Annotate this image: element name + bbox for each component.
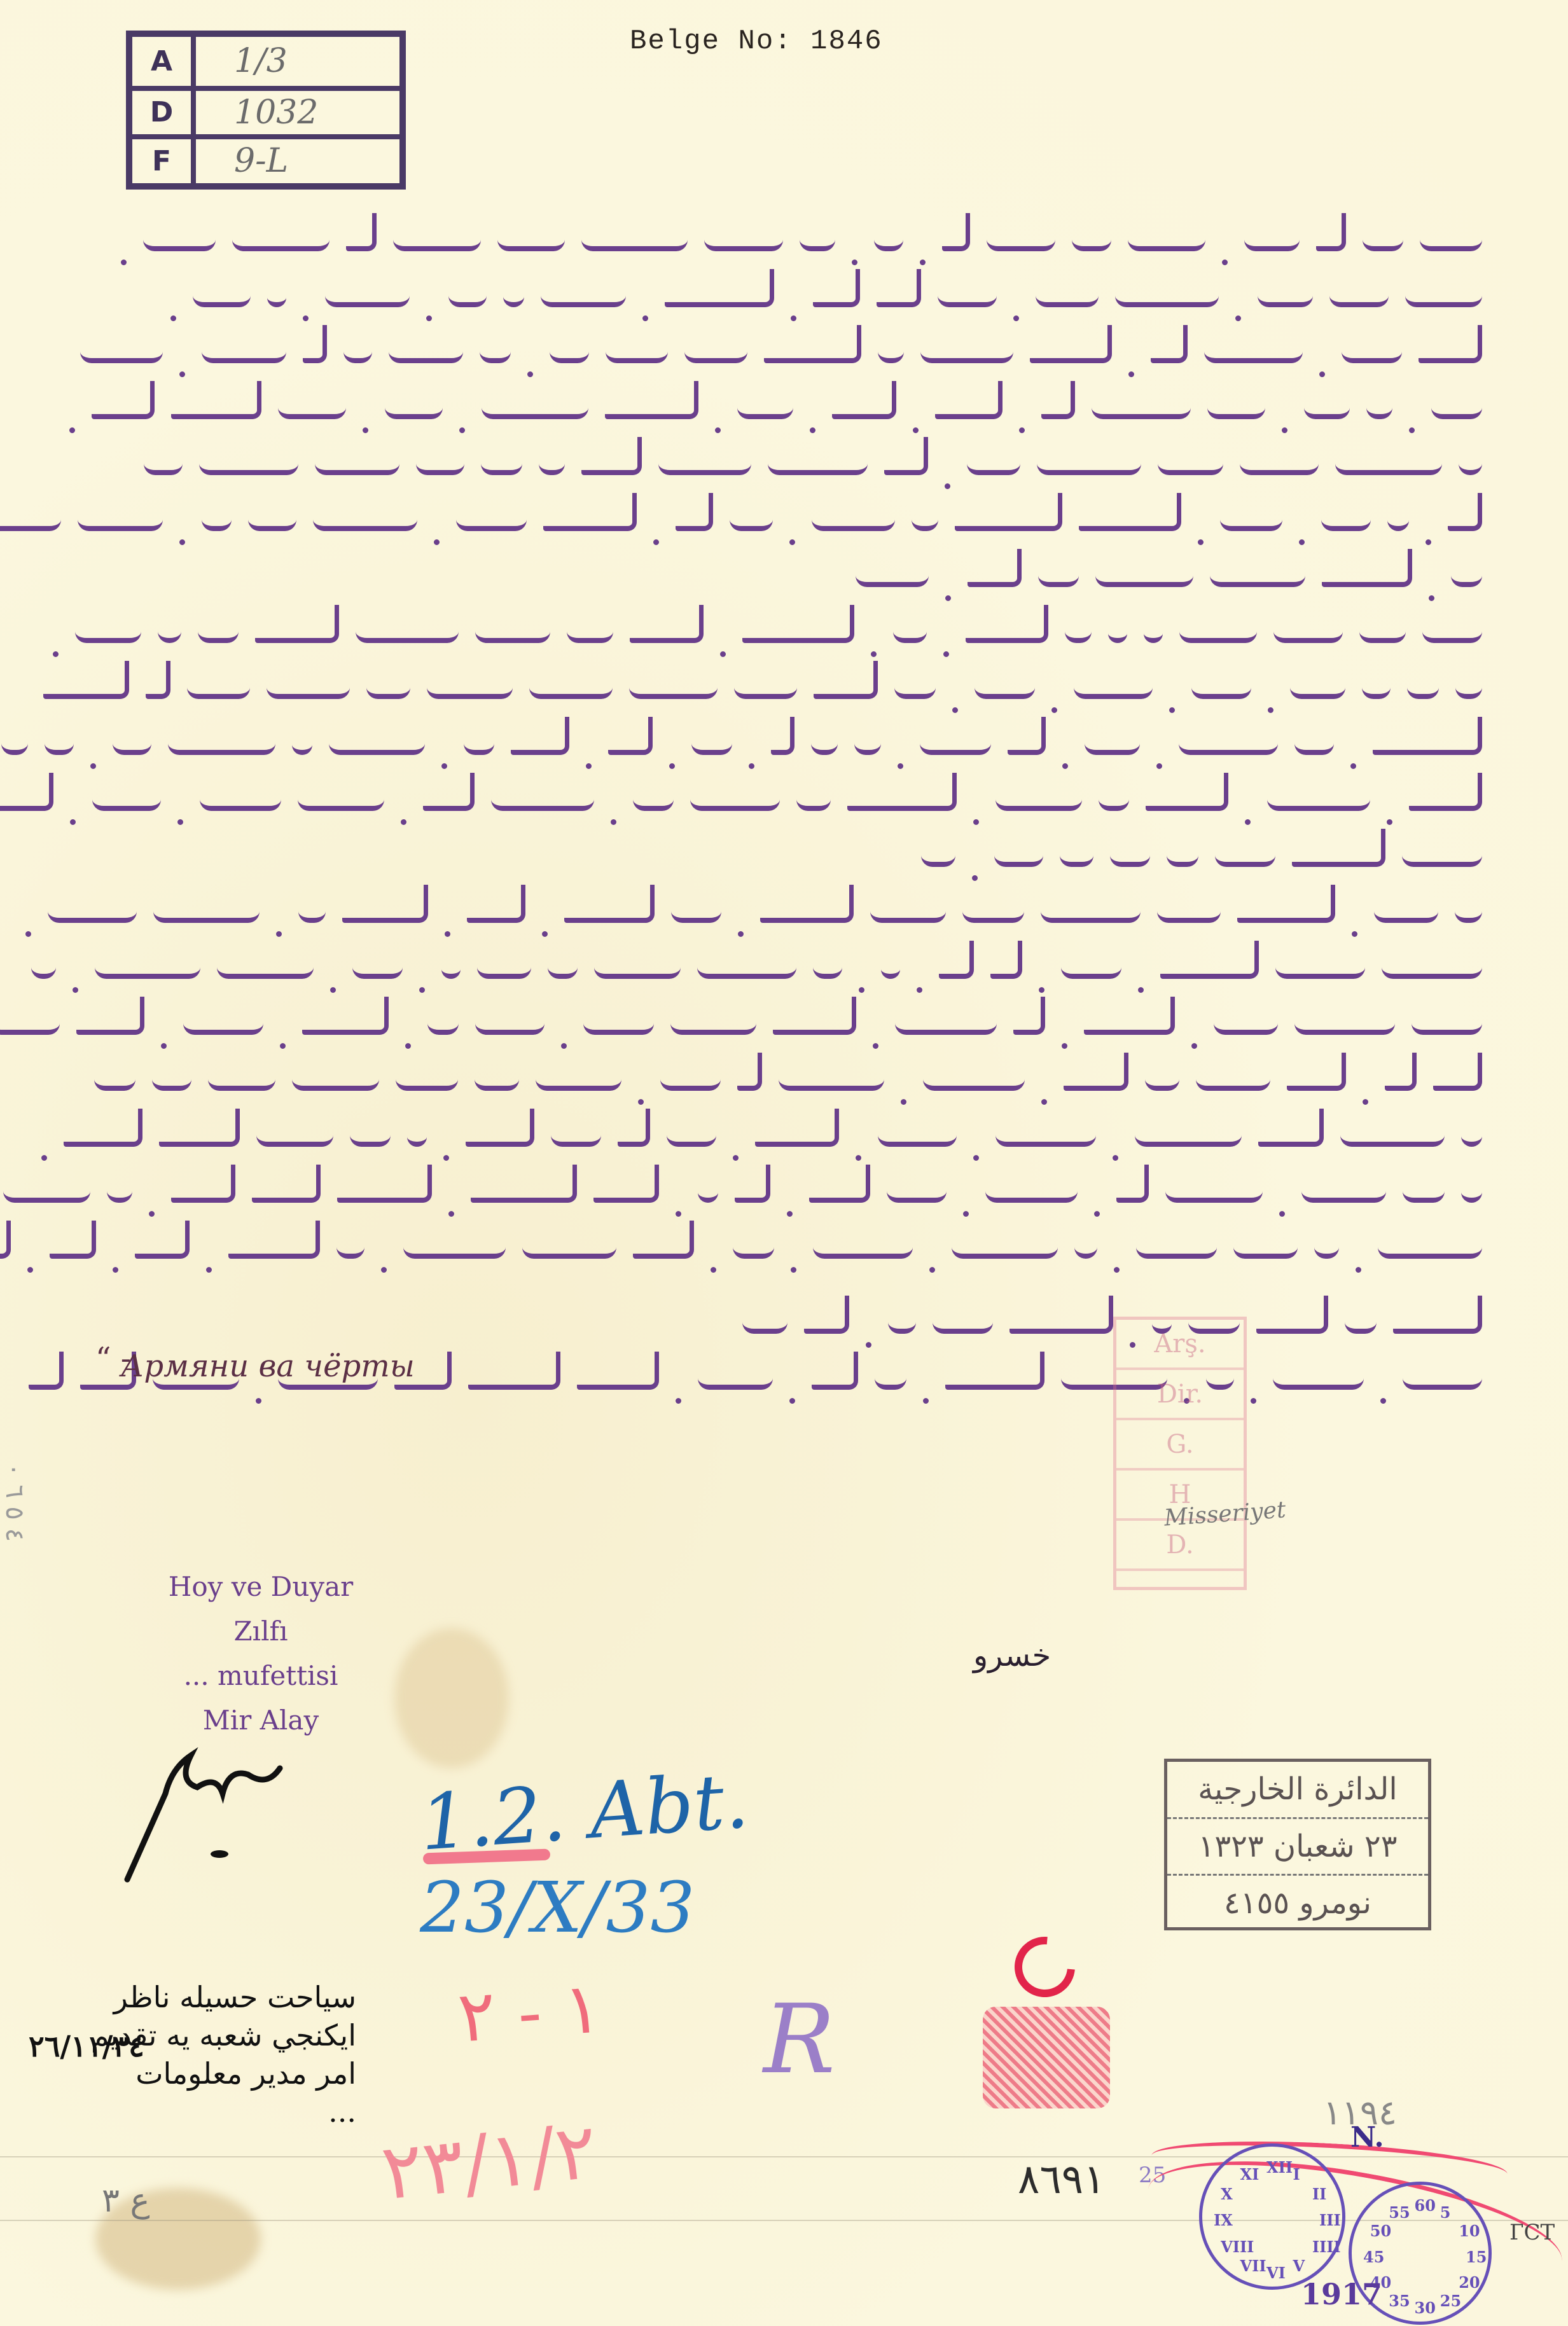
script-dot — [1409, 427, 1415, 433]
script-glyph — [0, 1008, 60, 1035]
script-glyph — [1092, 392, 1191, 419]
script-glyph — [298, 784, 384, 811]
script-dot — [929, 1267, 935, 1273]
red-calligraphic-seal — [983, 2007, 1110, 2108]
script-glyph — [356, 616, 459, 643]
script-glyph — [352, 952, 403, 979]
script-dot — [1251, 1398, 1256, 1404]
script-glyph — [1314, 1232, 1339, 1259]
script-dot — [720, 651, 726, 657]
script-dot — [1319, 371, 1325, 377]
script-glyph — [698, 1363, 773, 1390]
script-glyph — [1160, 941, 1259, 979]
script-dot — [1039, 987, 1044, 993]
handwritten-line — [134, 437, 1482, 475]
script-dot — [738, 931, 744, 937]
script-glyph — [389, 336, 463, 363]
script-dot — [810, 427, 815, 433]
script-glyph — [735, 1165, 770, 1203]
clock-label: IX — [1214, 2211, 1233, 2229]
clock-label: 35 — [1389, 2292, 1410, 2310]
script-glyph — [159, 1109, 240, 1147]
script-glyph — [1256, 1296, 1328, 1334]
handwritten-line — [922, 549, 1482, 587]
handwritten-line — [134, 605, 1482, 643]
script-dot — [1363, 1099, 1368, 1105]
registry-date: ٢٣ شعبان ١٣٢٣ — [1167, 1819, 1428, 1876]
script-glyph — [660, 1064, 721, 1091]
script-dot — [542, 931, 548, 937]
red-pencil-date: ٢٣/١/٢ — [378, 2107, 601, 2218]
script-glyph — [581, 225, 688, 251]
script-glyph — [608, 717, 653, 755]
script-glyph — [135, 1221, 190, 1259]
archive-key: D — [132, 91, 196, 135]
script-glyph — [346, 213, 377, 251]
script-glyph — [1359, 616, 1406, 643]
script-glyph — [665, 269, 774, 307]
script-glyph — [152, 1064, 191, 1091]
archive-row-f: F 9-L — [132, 134, 399, 183]
script-glyph — [1362, 672, 1391, 699]
script-dot — [1169, 707, 1175, 713]
script-glyph — [633, 1221, 694, 1259]
script-glyph — [996, 784, 1082, 811]
ottoman-registry-stamp: الدائرة الخارجية ٢٣ شعبان ١٣٢٣ نومرو ٤١٥… — [1164, 1759, 1431, 1930]
script-dot — [791, 315, 796, 321]
script-dot — [445, 931, 450, 937]
handwritten-line — [134, 493, 1482, 531]
script-dot — [1051, 707, 1057, 713]
script-glyph — [1146, 773, 1228, 811]
blue-pencil-department: 1.2. Abt. — [417, 1757, 751, 1868]
script-glyph — [1215, 840, 1275, 867]
script-glyph — [1191, 672, 1251, 699]
script-glyph — [1214, 1008, 1278, 1035]
script-dot — [363, 427, 368, 433]
document-page: A 1/3 D 1032 F 9-L Belge No: 1846 “ - Ар… — [0, 0, 1568, 2326]
handwritten-line — [261, 269, 1482, 307]
script-glyph — [771, 717, 794, 755]
script-glyph — [1322, 549, 1412, 587]
script-glyph — [1244, 225, 1300, 251]
script-glyph — [875, 1363, 906, 1390]
script-glyph — [985, 1176, 1078, 1203]
script-glyph — [1167, 840, 1198, 867]
script-glyph — [887, 1176, 947, 1203]
script-glyph — [593, 1165, 659, 1203]
clock-label: 20 — [1459, 2273, 1480, 2292]
script-glyph — [1204, 336, 1303, 363]
script-glyph — [475, 1008, 545, 1035]
n-mark: N. — [1350, 2121, 1384, 2154]
script-glyph — [1378, 1232, 1482, 1259]
script-dot — [1429, 595, 1434, 601]
script-glyph — [468, 1352, 560, 1390]
script-glyph — [325, 280, 410, 307]
script-glyph — [1431, 392, 1482, 419]
script-dot — [170, 315, 176, 321]
script-dot — [789, 1398, 795, 1404]
script-glyph — [0, 773, 53, 811]
script-glyph — [1407, 672, 1439, 699]
script-dot — [303, 315, 309, 321]
script-dot — [852, 260, 857, 265]
script-glyph — [1110, 840, 1150, 867]
clock-label: 5 — [1440, 2203, 1451, 2222]
script-glyph — [1108, 616, 1127, 643]
script-glyph — [1321, 504, 1371, 531]
script-glyph — [952, 1232, 1058, 1259]
script-glyph — [329, 728, 425, 755]
script-dot — [856, 1155, 861, 1161]
script-glyph — [874, 225, 903, 251]
handwritten-line — [134, 885, 1482, 923]
script-glyph — [742, 1307, 787, 1334]
script-glyph — [1340, 1120, 1445, 1147]
script-glyph — [267, 280, 286, 307]
script-dot — [1282, 427, 1287, 433]
script-glyph — [730, 504, 773, 531]
script-glyph — [1335, 448, 1442, 475]
script-dot — [787, 1211, 793, 1217]
handwritten-line — [134, 1053, 1482, 1091]
script-glyph — [539, 448, 565, 475]
clock-label: 60 — [1415, 2196, 1436, 2215]
script-glyph — [403, 1232, 506, 1259]
script-glyph — [1304, 392, 1350, 419]
script-glyph — [336, 1232, 364, 1259]
script-glyph — [1179, 728, 1278, 755]
script-glyph — [895, 1008, 997, 1035]
script-glyph — [893, 616, 927, 643]
clock-label: 25 — [1440, 2292, 1461, 2310]
script-glyph — [629, 672, 718, 699]
script-glyph — [522, 1232, 616, 1259]
script-glyph — [199, 448, 298, 475]
cyrillic-annotation: Армяни ва чёрты — [121, 1348, 415, 1384]
script-dot — [973, 819, 979, 825]
clock-label: XI — [1240, 2165, 1259, 2184]
script-dot — [1113, 1155, 1118, 1161]
script-dot — [1062, 763, 1068, 769]
script-glyph — [813, 269, 860, 307]
script-dot — [873, 1043, 878, 1049]
script-glyph — [202, 504, 232, 531]
script-dot — [276, 931, 282, 937]
script-glyph — [1064, 1053, 1128, 1091]
script-dot — [1062, 1043, 1067, 1049]
script-glyph — [1267, 784, 1370, 811]
script-dot — [69, 427, 75, 433]
script-dot — [1156, 763, 1162, 769]
script-glyph — [968, 549, 1022, 587]
script-glyph — [1316, 213, 1346, 251]
script-glyph — [1419, 325, 1482, 363]
script-dot — [943, 651, 949, 657]
script-glyph — [1273, 1363, 1364, 1390]
script-glyph — [670, 1008, 756, 1035]
script-glyph — [475, 616, 550, 643]
script-glyph — [313, 504, 417, 531]
script-glyph — [1099, 784, 1129, 811]
script-glyph — [1403, 1176, 1445, 1203]
archive-value: 1032 — [209, 91, 399, 135]
script-glyph — [955, 493, 1062, 531]
script-glyph — [676, 493, 713, 531]
script-glyph — [146, 661, 170, 699]
script-glyph — [967, 448, 1020, 475]
left-note-date: ٢٦/١١/٣٤ — [29, 2029, 144, 2063]
script-glyph — [1461, 1120, 1482, 1147]
script-dot — [1138, 987, 1144, 993]
script-glyph — [407, 1120, 427, 1147]
script-glyph — [350, 1120, 391, 1147]
script-glyph — [427, 1008, 459, 1035]
script-glyph — [248, 504, 296, 531]
script-glyph — [945, 1352, 1044, 1390]
handwritten-line — [897, 829, 1482, 867]
script-glyph — [1345, 1307, 1377, 1334]
script-dot — [330, 987, 336, 993]
script-dot — [53, 651, 59, 657]
script-glyph — [1342, 336, 1402, 363]
script-glyph — [168, 728, 275, 755]
script-dot — [206, 1267, 212, 1273]
script-glyph — [1258, 1109, 1324, 1147]
script-glyph — [987, 225, 1055, 251]
script-dot — [73, 987, 78, 993]
script-glyph — [1412, 1008, 1482, 1035]
script-glyph — [456, 504, 527, 531]
script-glyph — [1273, 616, 1343, 643]
script-glyph — [1403, 1363, 1482, 1390]
script-dot — [113, 1267, 118, 1273]
note-line: ... — [25, 2093, 356, 2131]
script-glyph — [1329, 280, 1389, 307]
red-pencil-number: ١ - ٢ — [455, 1967, 604, 2058]
script-glyph — [697, 952, 796, 979]
purple-initial: R — [763, 1984, 835, 2095]
script-glyph — [423, 773, 475, 811]
script-glyph — [966, 605, 1048, 643]
script-glyph — [990, 941, 1022, 979]
script-dot — [676, 1398, 681, 1404]
script-glyph — [1233, 1232, 1298, 1259]
script-glyph — [0, 1221, 11, 1259]
script-glyph — [920, 336, 1013, 363]
script-glyph — [208, 1064, 275, 1091]
script-glyph — [1301, 1176, 1386, 1203]
script-glyph — [45, 728, 74, 755]
script-glyph — [1420, 225, 1482, 251]
script-glyph — [1151, 325, 1188, 363]
script-glyph — [171, 381, 261, 419]
script-glyph — [1030, 325, 1112, 363]
crescent-icon — [1003, 1925, 1088, 2010]
script-dot — [419, 987, 425, 993]
script-glyph — [1041, 896, 1141, 923]
script-glyph — [690, 784, 780, 811]
script-glyph — [1294, 1008, 1395, 1035]
script-glyph — [183, 1008, 263, 1035]
clock-label: 45 — [1363, 2248, 1384, 2266]
script-glyph — [1158, 448, 1223, 475]
script-glyph — [975, 672, 1035, 699]
script-glyph — [1433, 1053, 1482, 1091]
script-glyph — [811, 728, 838, 755]
script-dot — [676, 1211, 681, 1217]
script-dot — [1356, 1267, 1361, 1273]
script-dot — [161, 1043, 167, 1049]
script-glyph — [996, 1120, 1096, 1147]
script-glyph — [1013, 997, 1045, 1035]
script-glyph — [303, 325, 327, 363]
script-glyph — [912, 504, 938, 531]
clock-label: I — [1293, 2165, 1300, 2184]
script-dot — [527, 371, 533, 377]
script-glyph — [1294, 728, 1334, 755]
script-glyph — [1422, 616, 1482, 643]
script-glyph — [448, 280, 487, 307]
script-glyph — [1455, 896, 1482, 923]
script-glyph — [1287, 1053, 1346, 1091]
script-glyph — [1385, 1053, 1417, 1091]
script-glyph — [881, 952, 900, 979]
script-glyph — [1036, 280, 1099, 307]
clock-label: IIII — [1312, 2238, 1341, 2256]
script-glyph — [1409, 773, 1482, 811]
script-glyph — [1072, 225, 1111, 251]
clock-label: 55 — [1389, 2203, 1410, 2222]
script-glyph — [511, 717, 569, 755]
script-dot — [749, 763, 754, 769]
script-dot — [945, 595, 951, 601]
archive-key: A — [132, 37, 196, 86]
script-glyph — [1115, 280, 1219, 307]
script-glyph — [107, 1176, 132, 1203]
script-glyph — [466, 1109, 534, 1147]
registry-number: نومرو ٤١٥٥ — [1167, 1876, 1428, 1931]
script-dot — [1352, 931, 1357, 937]
script-dot — [149, 1211, 155, 1217]
script-glyph — [200, 784, 281, 811]
script-glyph — [252, 1165, 321, 1203]
script-dot — [1191, 1043, 1197, 1049]
script-dot — [434, 539, 440, 545]
script-dot — [973, 1155, 979, 1161]
clock-label: V — [1293, 2257, 1305, 2275]
script-glyph — [813, 1232, 913, 1259]
script-dot — [405, 1043, 411, 1049]
script-glyph — [217, 952, 314, 979]
script-glyph — [773, 997, 856, 1035]
clock-label: VIII — [1221, 2238, 1254, 2256]
script-glyph — [878, 1120, 957, 1147]
clock-label: III — [1319, 2211, 1341, 2229]
script-glyph — [755, 1109, 839, 1147]
script-glyph — [1461, 1176, 1482, 1203]
script-glyph — [396, 1064, 458, 1091]
script-dot — [1299, 539, 1305, 545]
script-dot — [70, 819, 76, 825]
script-dot — [1380, 1398, 1386, 1404]
script-dot — [963, 1211, 969, 1217]
script-glyph — [1196, 1064, 1270, 1091]
script-glyph — [1041, 381, 1075, 419]
script-glyph — [737, 392, 793, 419]
script-glyph — [814, 661, 878, 699]
script-glyph — [187, 672, 250, 699]
script-dot — [859, 987, 864, 993]
script-glyph — [48, 896, 137, 923]
script-dot — [898, 763, 903, 769]
handwritten-line — [134, 213, 1482, 251]
script-glyph — [302, 997, 389, 1035]
script-glyph — [1038, 560, 1079, 587]
script-dot — [41, 1155, 47, 1161]
script-glyph — [1179, 616, 1257, 643]
script-dot — [642, 315, 648, 321]
script-glyph — [416, 448, 464, 475]
script-glyph — [606, 336, 668, 363]
signatory-block: Hoy ve Duyar Zılfı ... mufettisi Mir Ala… — [146, 1565, 375, 1743]
script-glyph — [684, 336, 747, 363]
script-glyph — [43, 661, 129, 699]
script-glyph — [475, 1064, 519, 1091]
script-glyph — [779, 1064, 884, 1091]
script-glyph — [1009, 1296, 1113, 1334]
script-dot — [25, 931, 31, 937]
script-glyph — [633, 784, 674, 811]
script-dot — [923, 1398, 929, 1404]
ink-signature — [121, 1717, 286, 1883]
script-glyph — [337, 1165, 432, 1203]
script-glyph — [543, 493, 637, 531]
script-glyph — [94, 1064, 135, 1091]
script-dot — [256, 1398, 261, 1404]
script-glyph — [812, 1352, 858, 1390]
script-glyph — [529, 672, 613, 699]
script-glyph — [1220, 504, 1282, 531]
script-glyph — [464, 728, 494, 755]
script-dot — [1128, 371, 1134, 377]
script-glyph — [933, 1307, 993, 1334]
script-glyph — [482, 392, 588, 419]
script-glyph — [921, 840, 955, 867]
script-glyph — [393, 225, 481, 251]
clock-label: II — [1312, 2185, 1326, 2203]
script-dot — [177, 819, 183, 825]
script-glyph — [50, 1221, 96, 1259]
blue-pencil-date: 23/X/33 — [420, 1867, 695, 1948]
clock-label: X — [1221, 2185, 1233, 2203]
faded-stamp-row: Arş. — [1116, 1320, 1244, 1370]
script-glyph — [256, 1120, 333, 1147]
script-dot — [401, 819, 406, 825]
script-glyph — [1240, 448, 1319, 475]
script-dot — [381, 1267, 387, 1273]
script-glyph — [1387, 504, 1409, 531]
script-dot — [871, 651, 877, 657]
script-glyph — [202, 336, 286, 363]
script-glyph — [1275, 952, 1365, 979]
script-dot — [448, 1211, 454, 1217]
script-glyph — [564, 885, 655, 923]
script-glyph — [1157, 896, 1221, 923]
script-glyph — [29, 1352, 64, 1390]
script-glyph — [343, 336, 372, 363]
